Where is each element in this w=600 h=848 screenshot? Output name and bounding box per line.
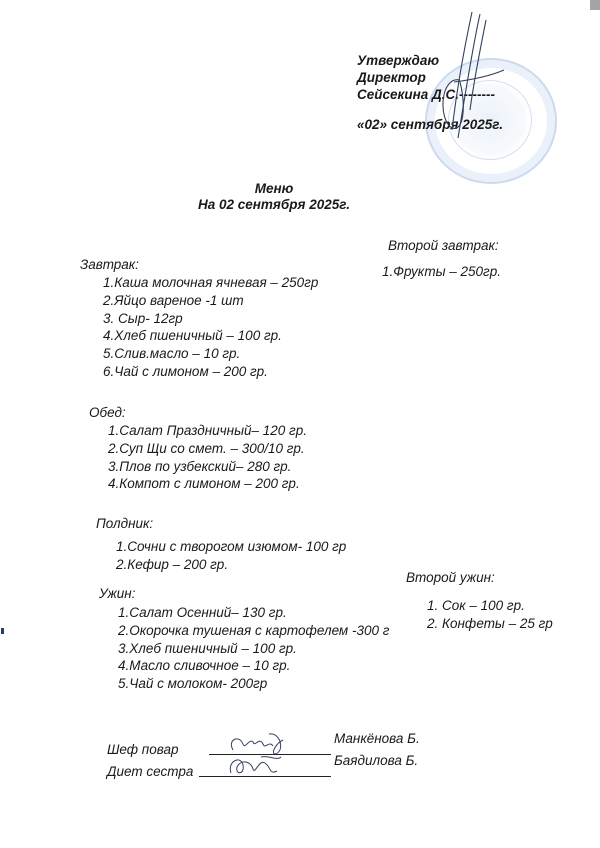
dinner-item: 5.Чай с молоком- 200гр	[118, 675, 389, 693]
second-breakfast-heading: Второй завтрак:	[388, 237, 499, 255]
director-signature	[400, 10, 510, 150]
snack-item: 2.Кефир – 200 гр.	[116, 556, 346, 574]
diet-nurse-name: Баядилова Б.	[334, 752, 418, 770]
diet-nurse-role: Диет сестра	[107, 764, 193, 779]
second-breakfast-item: 1.Фрукты – 250гр.	[382, 263, 501, 281]
breakfast-item: 3. Сыр- 12гр	[103, 310, 318, 328]
lunch-item: 2.Суп Щи со смет. – 300/10 гр.	[108, 440, 307, 458]
menu-date: На 02 сентября 2025г.	[0, 196, 548, 214]
dinner-item: 3.Хлеб пшеничный – 100 гр.	[118, 640, 389, 658]
second-dinner-heading: Второй ужин:	[406, 569, 495, 587]
scan-edge-mark	[1, 628, 4, 634]
breakfast-item: 6.Чай с лимоном – 200 гр.	[103, 363, 318, 381]
menu-title: Меню	[0, 180, 548, 198]
second-breakfast-list: 1.Фрукты – 250гр.	[382, 263, 501, 281]
lunch-item: 4.Компот с лимоном – 200 гр.	[108, 475, 307, 493]
scan-corner-artifact	[590, 0, 600, 10]
breakfast-item: 5.Слив.масло – 10 гр.	[103, 345, 318, 363]
snack-heading: Полдник:	[96, 515, 153, 533]
dinner-list: 1.Салат Осенний– 130 гр. 2.Окорочка туше…	[118, 604, 389, 693]
breakfast-item: 4.Хлеб пшеничный – 100 гр.	[103, 327, 318, 345]
dinner-item: 2.Окорочка тушеная с картофелем -300 г	[118, 622, 389, 640]
dinner-item: 1.Салат Осенний– 130 гр.	[118, 604, 389, 622]
snack-list: 1.Сочни с творогом изюмом- 100 гр 2.Кефи…	[116, 538, 346, 574]
diet-nurse-signature	[225, 753, 285, 779]
chef-name: Манкёнова Б.	[334, 730, 420, 748]
second-dinner-item: 2. Конфеты – 25 гр	[427, 615, 553, 633]
diet-nurse-signature-row: Диет сестра	[107, 763, 193, 781]
dinner-item: 4.Масло сливочное – 10 гр.	[118, 657, 389, 675]
chef-role: Шеф повар	[107, 742, 179, 757]
breakfast-list: 1.Каша молочная ячневая – 250гр 2.Яйцо в…	[103, 274, 318, 381]
breakfast-item: 2.Яйцо вареное -1 шт	[103, 292, 318, 310]
second-dinner-list: 1. Сок – 100 гр. 2. Конфеты – 25 гр	[427, 597, 553, 633]
second-dinner-item: 1. Сок – 100 гр.	[427, 597, 553, 615]
lunch-heading: Обед:	[89, 404, 126, 422]
breakfast-heading: Завтрак:	[80, 256, 139, 274]
lunch-item: 3.Плов по узбекский– 280 гр.	[108, 458, 307, 476]
snack-item: 1.Сочни с творогом изюмом- 100 гр	[116, 538, 346, 556]
dinner-heading: Ужин:	[99, 585, 135, 603]
lunch-item: 1.Салат Праздничный– 120 гр.	[108, 422, 307, 440]
breakfast-item: 1.Каша молочная ячневая – 250гр	[103, 274, 318, 292]
chef-signature-row: Шеф повар	[107, 741, 179, 759]
lunch-list: 1.Салат Праздничный– 120 гр. 2.Суп Щи со…	[108, 422, 307, 493]
